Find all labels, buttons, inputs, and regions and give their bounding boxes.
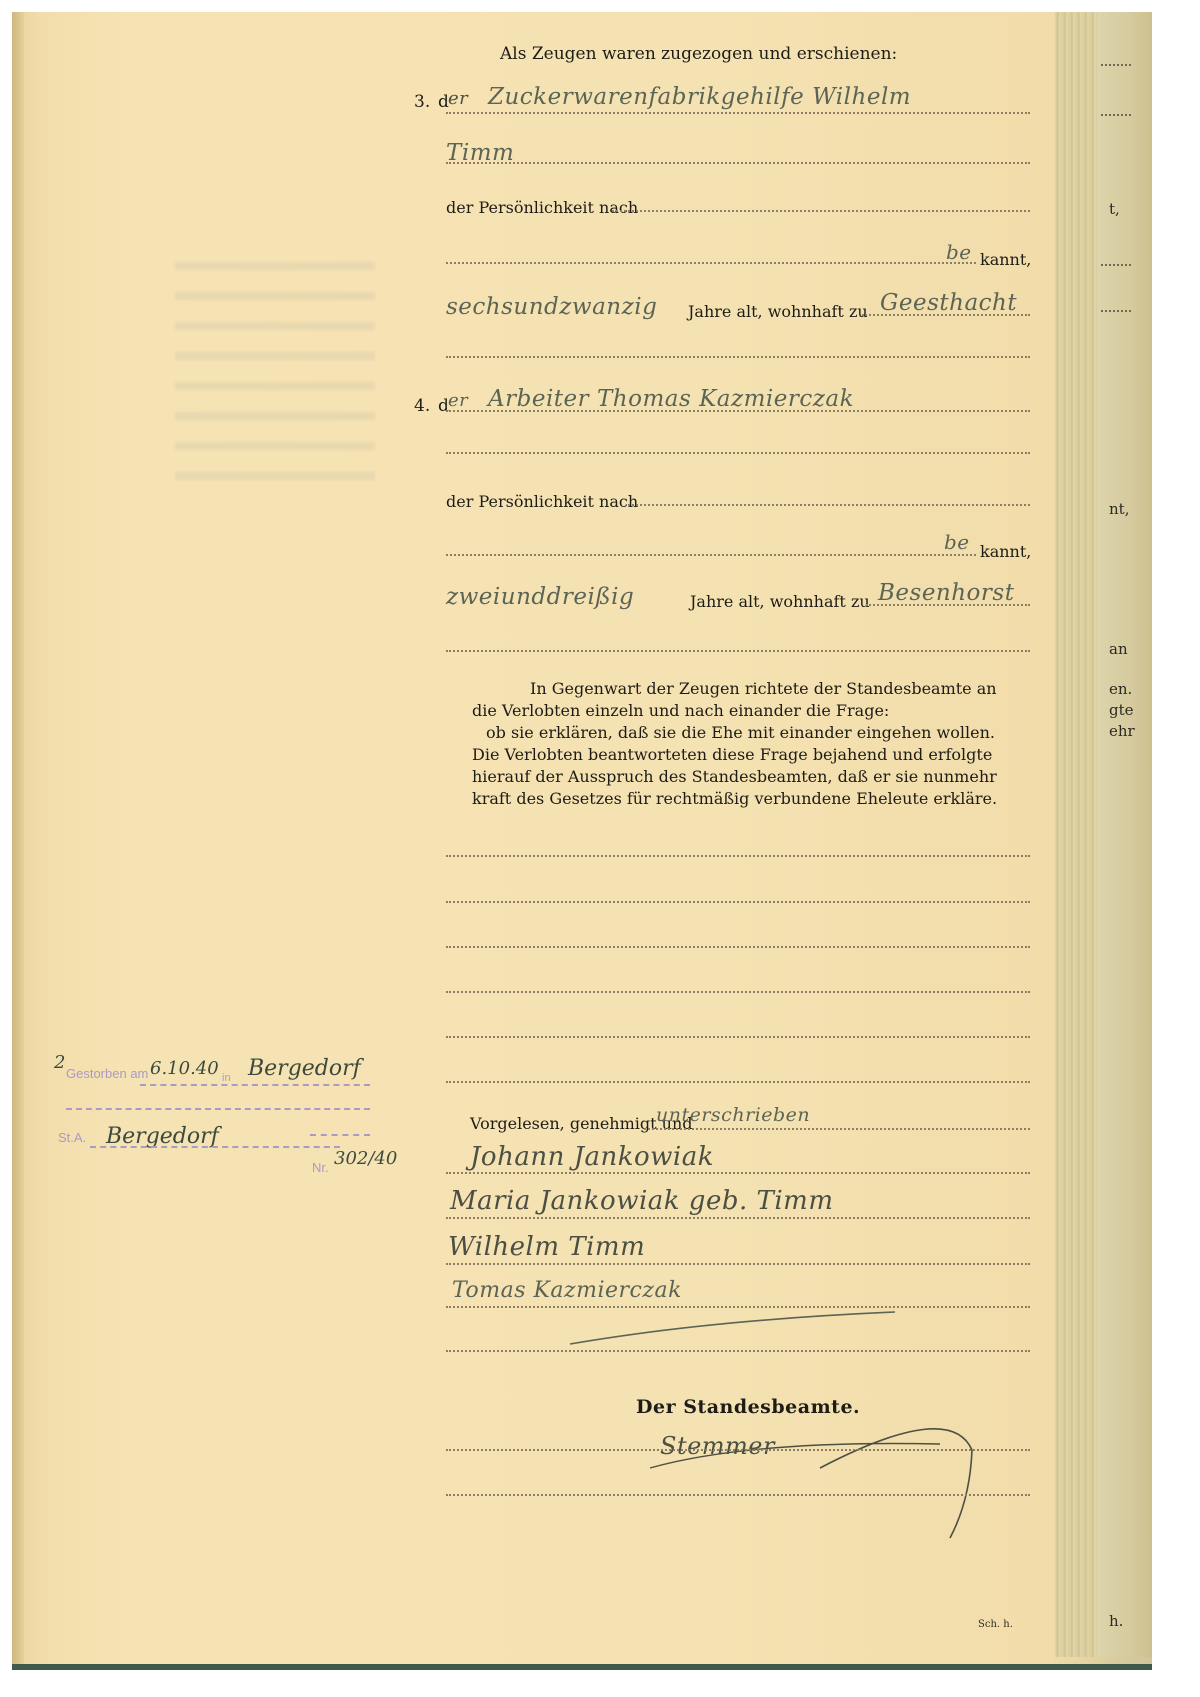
stamp-died-label: Gestorben am xyxy=(66,1066,148,1081)
dotted-rule xyxy=(644,1128,1030,1130)
next-page-strip: t, nt, an en. gte ehr h. xyxy=(1097,12,1152,1657)
dotted-rule xyxy=(446,1350,1030,1352)
dotted-rule xyxy=(1101,264,1131,266)
declaration-line: die Verlobten einzeln und nach einander … xyxy=(472,700,1032,722)
book-binding-edge xyxy=(12,1664,1152,1670)
stamp-nr: 302/40 xyxy=(334,1148,397,1169)
witness4-age-label: Jahre alt, wohnhaft zu xyxy=(690,592,870,611)
witness4-article-hand: er xyxy=(448,390,468,411)
witness3-known-hand: be xyxy=(946,240,972,264)
next-page-fragment: en. xyxy=(1109,680,1132,698)
signature-flourish xyxy=(560,1300,900,1350)
dotted-rule xyxy=(446,1036,1030,1038)
dotted-rule xyxy=(446,901,1030,903)
dotted-rule xyxy=(446,1449,1030,1451)
stamp-rule xyxy=(66,1108,370,1110)
signature-witness3: Wilhelm Timm xyxy=(448,1232,645,1262)
signature-bride: Maria Jankowiak geb. Timm xyxy=(450,1186,833,1216)
stamp-in-label: in xyxy=(222,1072,231,1084)
witness3-article-hand: er xyxy=(448,88,468,109)
dotted-rule xyxy=(446,1217,1030,1219)
dotted-rule xyxy=(446,554,976,556)
page-edges xyxy=(1055,12,1097,1657)
show-through-text xyxy=(175,240,375,480)
declaration-line: hierauf der Ausspruch des Standesbeamten… xyxy=(472,766,1032,788)
declaration-paragraph: In Gegenwart der Zeugen richtete der Sta… xyxy=(472,678,1032,810)
witness4-residence: Besenhorst xyxy=(878,580,1014,606)
dotted-rule xyxy=(446,991,1030,993)
printer-mark: Sch. h. xyxy=(978,1619,1013,1630)
dotted-rule xyxy=(446,946,1030,948)
dotted-rule xyxy=(446,452,1030,454)
dotted-rule xyxy=(1101,310,1131,312)
stamp-rule xyxy=(310,1134,370,1136)
declaration-line: kraft des Gesetzes für rechtmäßig verbun… xyxy=(472,788,1032,810)
witness3-residence: Geesthacht xyxy=(880,290,1017,316)
dotted-rule xyxy=(612,210,1030,212)
dotted-rule xyxy=(446,410,1030,412)
witness3-age: sechsundzwanzig xyxy=(446,294,657,320)
stamp-office-label: St.A. xyxy=(58,1130,86,1145)
signature-groom: Johann Jankowiak xyxy=(470,1142,714,1172)
dotted-rule xyxy=(446,262,976,264)
witness3-number: 3. xyxy=(414,92,430,112)
next-page-fragment: an xyxy=(1109,640,1128,658)
witness3-known-suffix: kannt, xyxy=(980,250,1031,269)
declaration-line: ob sie erklären, daß sie die Ehe mit ein… xyxy=(472,722,1032,744)
dotted-rule xyxy=(446,1081,1030,1083)
signatures-label-hand: unterschrieben xyxy=(656,1104,810,1126)
book-gutter xyxy=(12,12,24,1670)
dotted-rule xyxy=(628,504,1030,506)
dotted-rule xyxy=(1101,114,1131,116)
stamp-place: Bergedorf xyxy=(248,1056,361,1081)
witness4-number: 4. xyxy=(414,396,430,416)
dotted-rule xyxy=(446,162,1030,164)
next-page-fragment: nt, xyxy=(1109,500,1129,518)
dotted-rule xyxy=(446,1172,1030,1174)
witness4-known-suffix: kannt, xyxy=(980,542,1031,561)
witness4-age: zweiunddreißig xyxy=(446,584,634,610)
stamp-number: 2 xyxy=(54,1052,65,1073)
next-page-fragment: t, xyxy=(1109,200,1120,218)
declaration-line: Die Verlobten beantworteten diese Frage … xyxy=(472,744,1032,766)
witness3-occupation-name: Zuckerwarenfabrikgehilfe Wilhelm xyxy=(488,84,911,110)
stamp-rule xyxy=(90,1146,340,1148)
next-page-fragment: ehr xyxy=(1109,722,1135,740)
declaration-line: In Gegenwart der Zeugen richtete der Sta… xyxy=(472,678,1032,700)
witness3-age-label: Jahre alt, wohnhaft zu xyxy=(688,302,868,321)
witness4-identity-label: der Persönlichkeit nach xyxy=(446,492,638,511)
dotted-rule xyxy=(446,356,1030,358)
dotted-rule xyxy=(446,855,1030,857)
stamp-nr-label: Nr. xyxy=(312,1160,329,1175)
stamp-date: 6.10.40 xyxy=(150,1058,219,1079)
registrar-signature-flourish xyxy=(620,1410,1000,1550)
dotted-rule xyxy=(446,650,1030,652)
next-page-fragment: gte xyxy=(1109,701,1134,719)
stamp-rule xyxy=(140,1084,370,1086)
witness4-known-hand: be xyxy=(944,530,970,554)
witness-heading: Als Zeugen waren zugezogen und erschiene… xyxy=(500,44,897,64)
dotted-rule xyxy=(446,1263,1030,1265)
dotted-rule xyxy=(446,112,1030,114)
dotted-rule xyxy=(1101,64,1131,66)
next-page-fragment: h. xyxy=(1109,1612,1123,1630)
witness4-occupation-name: Arbeiter Thomas Kazmierczak xyxy=(488,386,854,412)
dotted-rule xyxy=(446,1494,1030,1496)
witness3-identity-label: der Persönlichkeit nach xyxy=(446,198,638,217)
